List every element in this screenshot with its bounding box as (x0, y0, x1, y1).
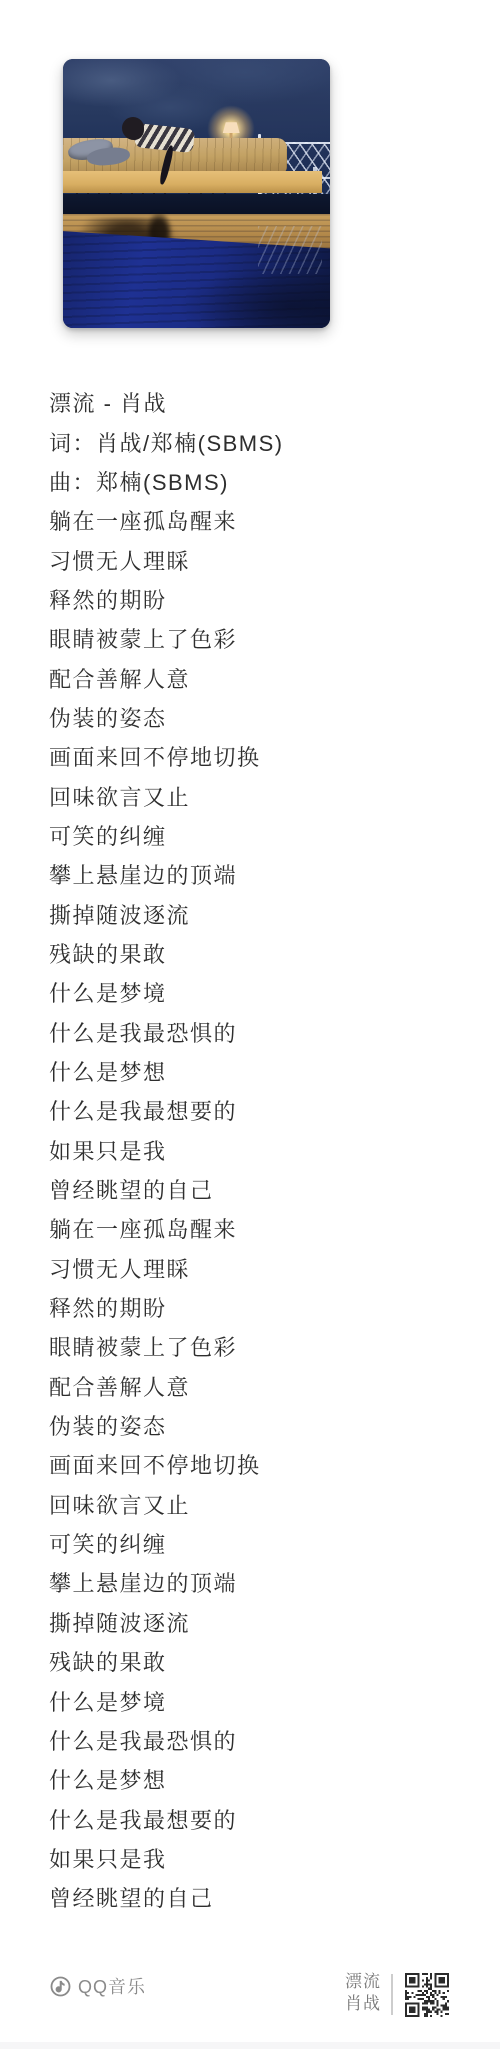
lyric-line: 配合善解人意 (49, 658, 480, 697)
brand-label: QQ音乐 (78, 1973, 146, 1999)
album-cover (63, 59, 330, 328)
footer-brand: QQ音乐 (50, 1974, 146, 1998)
lyric-line: 什么是我最想要的 (49, 1091, 480, 1130)
lyric-line: 习惯无人理睬 (49, 1249, 480, 1288)
lyric-line: 伪装的姿态 (49, 698, 480, 737)
album-art-person-head (122, 117, 145, 140)
lyric-line: 撕掉随波逐流 (49, 894, 480, 933)
lyric-line: 释然的期盼 (49, 1288, 480, 1327)
footer-divider (391, 1974, 393, 2015)
lyric-line: 什么是梦想 (49, 1760, 480, 1799)
lyric-line: 什么是我最恐惧的 (49, 1013, 480, 1052)
lyric-line: 什么是梦想 (49, 1052, 480, 1091)
lyric-line: 什么是梦境 (49, 1681, 480, 1720)
lyric-line: 曾经眺望的自己 (49, 1878, 480, 1917)
lyric-line: 攀上悬崖边的顶端 (49, 1563, 480, 1602)
lyric-line: 残缺的果敢 (49, 1642, 480, 1681)
lyric-line: 眼睛被蒙上了色彩 (49, 619, 480, 658)
lyric-line: 回味欲言又止 (49, 1485, 480, 1524)
lyric-line: 如果只是我 (49, 1839, 480, 1878)
lyric-line: 释然的期盼 (49, 580, 480, 619)
album-art-under-bed-shadow (63, 194, 330, 214)
song-title: 漂流 - 肖战 (49, 383, 480, 422)
lyric-line: 回味欲言又止 (49, 776, 480, 815)
lyric-line: 画面来回不停地切换 (49, 1445, 480, 1484)
lyric-line: 攀上悬崖边的顶端 (49, 855, 480, 894)
lyric-line: 躺在一座孤岛醒来 (49, 1209, 480, 1248)
lyric-line: 残缺的果敢 (49, 934, 480, 973)
lyric-line: 撕掉随波逐流 (49, 1603, 480, 1642)
lyrics-list: 躺在一座孤岛醒来习惯无人理睬释然的期盼眼睛被蒙上了色彩配合善解人意伪装的姿态画面… (49, 501, 480, 1917)
lyric-line: 可笑的纠缠 (49, 816, 480, 855)
footer-song-title: 漂流 (345, 1971, 385, 1993)
lyrics-content: 漂流 - 肖战 词：肖战/郑楠(SBMS) 曲：郑楠(SBMS) 躺在一座孤岛醒… (49, 383, 480, 1917)
lyric-line: 伪装的姿态 (49, 1406, 480, 1445)
lyric-line: 曾经眺望的自己 (49, 1170, 480, 1209)
footer-song-info: 漂流 肖战 (345, 1971, 385, 2015)
lyric-line: 可笑的纠缠 (49, 1524, 480, 1563)
album-art-bed-frame (63, 171, 322, 194)
qr-code-icon (405, 1973, 449, 2017)
lyric-line: 习惯无人理睬 (49, 540, 480, 579)
lyric-line: 躺在一座孤岛醒来 (49, 501, 480, 540)
lyricist-credit: 词：肖战/郑楠(SBMS) (49, 422, 480, 461)
lyric-line: 什么是梦境 (49, 973, 480, 1012)
lyric-line: 什么是我最恐惧的 (49, 1721, 480, 1760)
lyric-line: 眼睛被蒙上了色彩 (49, 1327, 480, 1366)
footer-artist: 肖战 (345, 1993, 385, 2015)
lyrics-share-card: 漂流 - 肖战 词：肖战/郑楠(SBMS) 曲：郑楠(SBMS) 躺在一座孤岛醒… (0, 0, 500, 2049)
lyric-line: 如果只是我 (49, 1131, 480, 1170)
composer-credit: 曲：郑楠(SBMS) (49, 462, 480, 501)
album-art-water-streaks (258, 226, 322, 274)
lyric-line: 什么是我最想要的 (49, 1799, 480, 1838)
lyric-line: 配合善解人意 (49, 1367, 480, 1406)
bottom-strip (0, 2042, 500, 2049)
lyric-line: 画面来回不停地切换 (49, 737, 480, 776)
qq-music-logo-icon (50, 1976, 71, 1997)
